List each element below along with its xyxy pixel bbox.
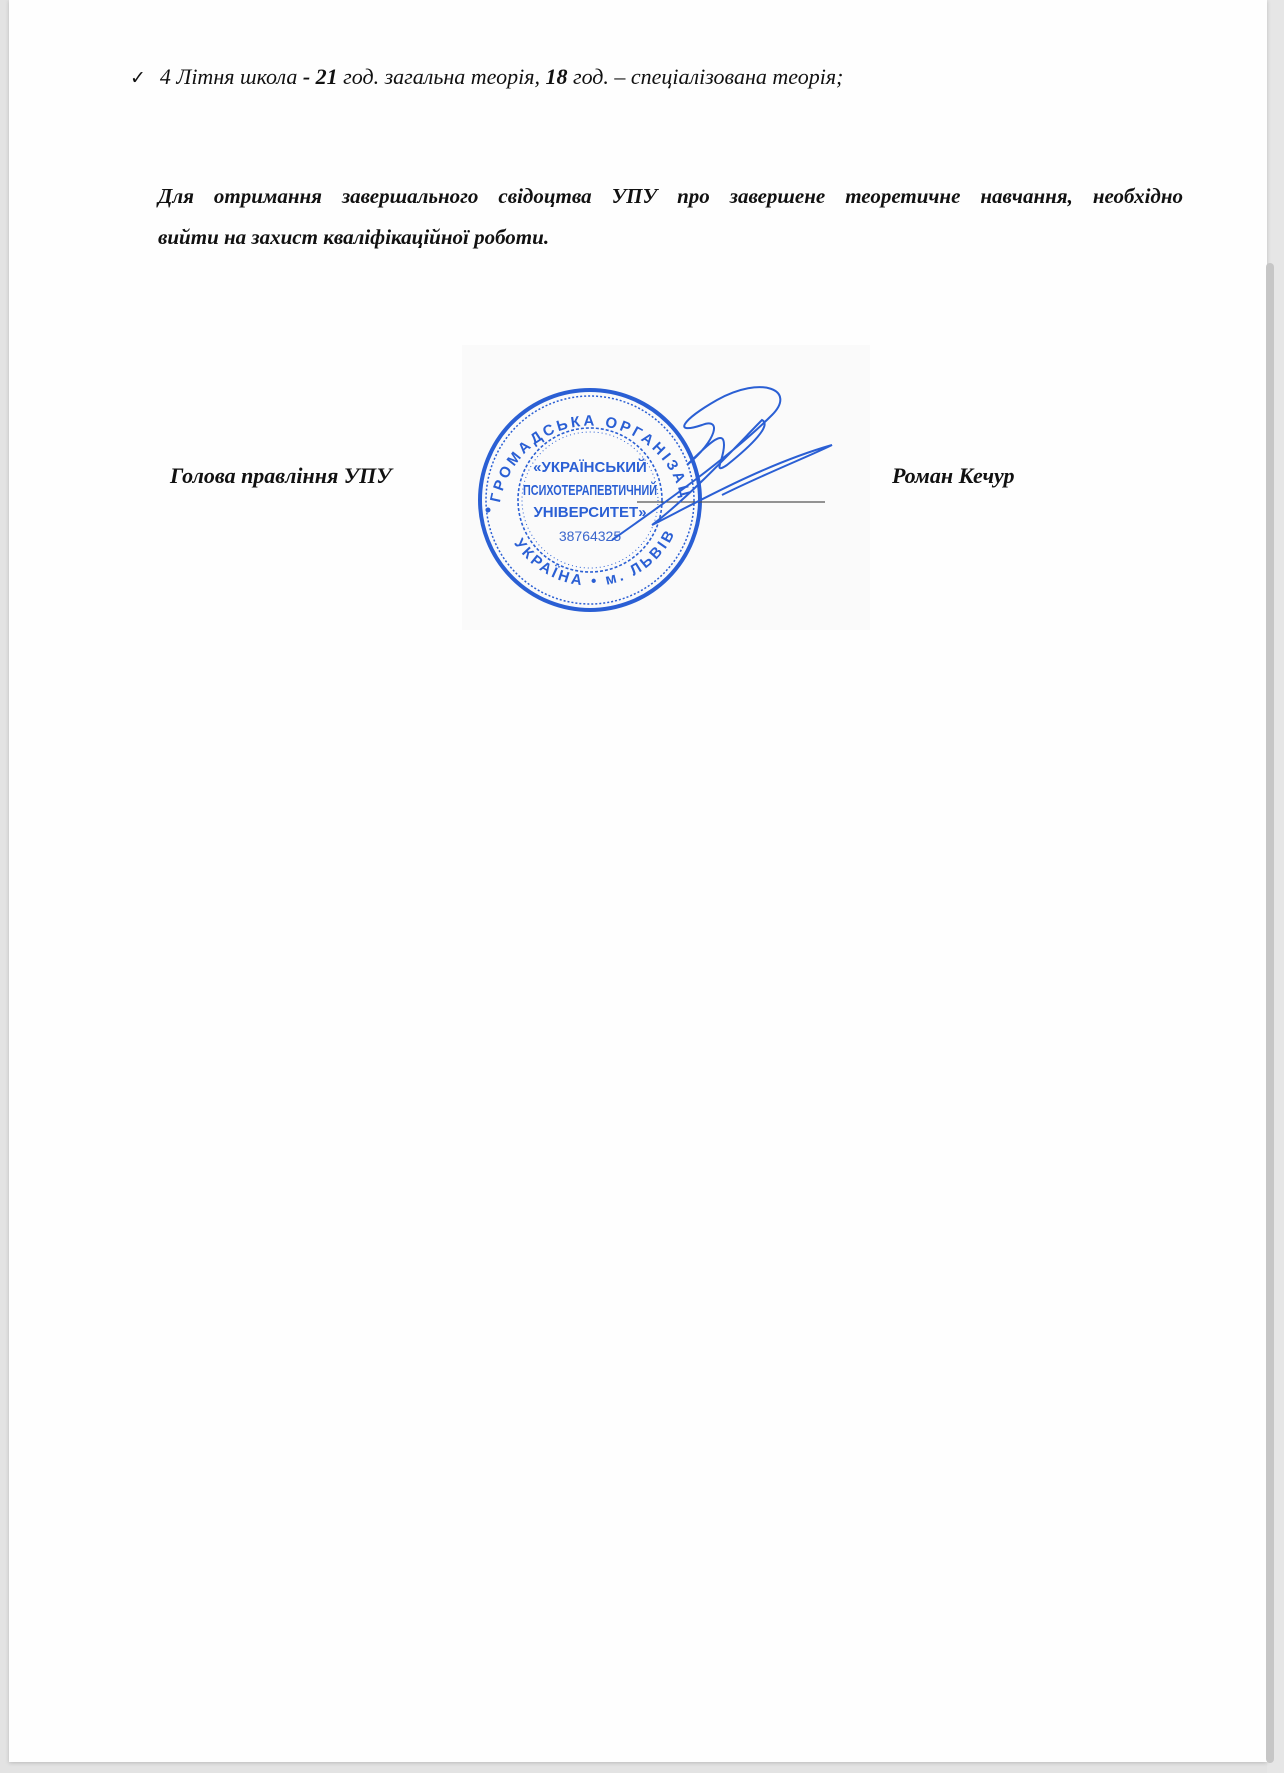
svg-text:УНІВЕРСИТЕТ»: УНІВЕРСИТЕТ» bbox=[533, 504, 646, 521]
bullet-text-part: 4 Літня школа bbox=[160, 64, 303, 89]
official-stamp: ГРОМАДСЬКА ОРГАНІЗАЦІЯ УКРАЇНА • м. ЛЬВІ… bbox=[462, 345, 870, 630]
scrollbar-thumb[interactable] bbox=[1266, 263, 1274, 1763]
paragraph-line-1: Для отримання завершального свідоцтва УП… bbox=[158, 176, 1183, 217]
stamp-and-signature-image: ГРОМАДСЬКА ОРГАНІЗАЦІЯ УКРАЇНА • м. ЛЬВІ… bbox=[462, 345, 870, 630]
certificate-requirement-paragraph: Для отримання завершального свідоцтва УП… bbox=[158, 176, 1183, 258]
checkmark-icon: ✓ bbox=[130, 67, 146, 89]
svg-text:ПСИХОТЕРАПЕВТИЧНИЙ: ПСИХОТЕРАПЕВТИЧНИЙ bbox=[523, 481, 657, 499]
bullet-text-part: - 21 bbox=[303, 64, 338, 89]
bullet-text-part: год. загальна теорія, bbox=[338, 64, 546, 89]
bullet-text-part: год. – спеціалізована теорія; bbox=[567, 64, 843, 89]
signatory-name: Роман Кечур bbox=[892, 463, 1014, 489]
signatory-position: Голова правління УПУ bbox=[170, 463, 392, 489]
svg-text:«УКРАЇНСЬКИЙ: «УКРАЇНСЬКИЙ bbox=[533, 458, 647, 476]
document-page bbox=[9, 0, 1267, 1762]
svg-text:38764325: 38764325 bbox=[559, 528, 622, 544]
bullet-text-part: 18 bbox=[545, 64, 567, 89]
bullet-text: 4 Літня школа - 21 год. загальна теорія,… bbox=[160, 64, 843, 90]
paragraph-line-2: вийти на захист кваліфікаційної роботи. bbox=[158, 225, 549, 249]
bullet-item-summer-school: ✓ 4 Літня школа - 21 год. загальна теорі… bbox=[130, 64, 843, 90]
